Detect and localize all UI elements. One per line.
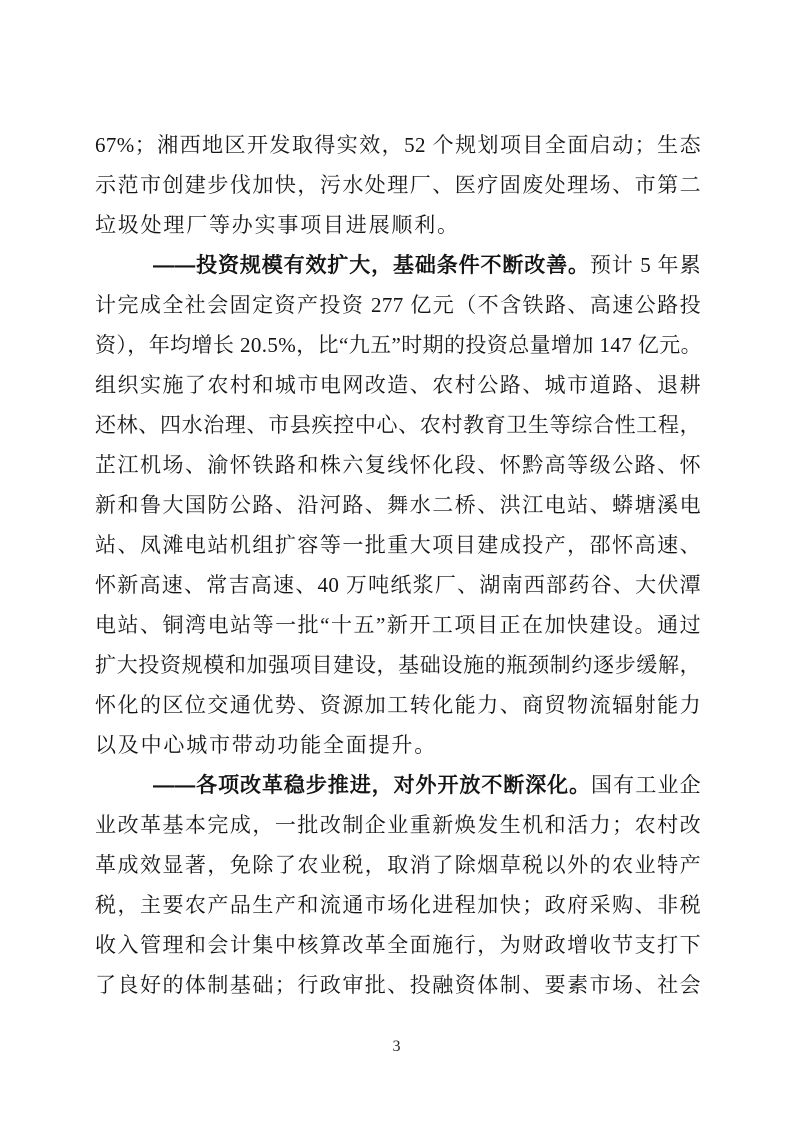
- text-run: 站、凤滩电站机组扩容等一批重大项目建成投产，邵怀高速、: [95, 533, 701, 557]
- text-run: 示范市创建步伐加快，污水处理厂、医疗固废处理场、市第二: [95, 173, 701, 197]
- text-line: 扩大投资规模和加强项目建设，基础设施的瓶颈制约逐步缓解，: [95, 645, 701, 685]
- text-run: 国有工业企: [591, 773, 701, 797]
- text-run: 组织实施了农村和城市电网改造、农村公路、城市道路、退耕: [95, 373, 701, 397]
- paragraph: ——投资规模有效扩大，基础条件不断改善。预计 5 年累计完成全社会固定资产投资 …: [95, 245, 701, 765]
- text-line: 组织实施了农村和城市电网改造、农村公路、城市道路、退耕: [95, 365, 701, 405]
- text-line: 以及中心城市带动功能全面提升。: [95, 725, 701, 765]
- text-line: 怀新高速、常吉高速、40 万吨纸浆厂、湖南西部药谷、大伏潭: [95, 565, 701, 605]
- text-run: 收入管理和会计集中核算改革全面施行，为财政增收节支打下: [95, 933, 701, 957]
- text-run: 预计 5 年累: [590, 253, 701, 277]
- text-run: 资），年均增长 20.5%，比“九五”时期的投资总量增加 147 亿元。: [95, 333, 701, 357]
- text-run: 电站、铜湾电站等一批“十五”新开工项目正在加快建设。通过: [95, 613, 701, 637]
- text-line: 怀化的区位交通优势、资源加工转化能力、商贸物流辐射能力: [95, 685, 701, 725]
- section-lead-bold: ——各项改革稳步推进，对外开放不断深化。: [153, 774, 591, 797]
- text-run: 芷江机场、渝怀铁路和株六复线怀化段、怀黔高等级公路、怀: [95, 453, 701, 477]
- text-run: 还林、四水治理、市县疾控中心、农村教育卫生等综合性工程，: [95, 413, 701, 437]
- text-line: 收入管理和会计集中核算改革全面施行，为财政增收节支打下: [95, 925, 701, 965]
- text-run: 税，主要农产品生产和流通市场化进程加快；政府采购、非税: [95, 893, 701, 917]
- text-line: 业改革基本完成，一批改制企业重新焕发生机和活力；农村改: [95, 805, 701, 845]
- text-line: 67%；湘西地区开发取得实效，52 个规划项目全面启动；生态: [95, 125, 701, 165]
- text-line: 了良好的体制基础；行政审批、投融资体制、要素市场、社会: [95, 965, 701, 1005]
- text-run: 新和鲁大国防公路、沿河路、舞水二桥、洪江电站、蟒塘溪电: [95, 493, 701, 517]
- paragraph: ——各项改革稳步推进，对外开放不断深化。国有工业企业改革基本完成，一批改制企业重…: [95, 765, 701, 1005]
- paragraph: 67%；湘西地区开发取得实效，52 个规划项目全面启动；生态示范市创建步伐加快，…: [95, 125, 701, 245]
- text-line: 垃圾处理厂等办实事项目进展顺利。: [95, 205, 701, 245]
- text-run: 怀化的区位交通优势、资源加工转化能力、商贸物流辐射能力: [95, 693, 701, 717]
- text-line: 革成效显著，免除了农业税，取消了除烟草税以外的农业特产: [95, 845, 701, 885]
- text-line: 新和鲁大国防公路、沿河路、舞水二桥、洪江电站、蟒塘溪电: [95, 485, 701, 525]
- page-footer: 3: [0, 1036, 793, 1058]
- text-run: 革成效显著，免除了农业税，取消了除烟草税以外的农业特产: [95, 853, 701, 877]
- text-line: 计完成全社会固定资产投资 277 亿元（不含铁路、高速公路投: [95, 285, 701, 325]
- section-lead-bold: ——投资规模有效扩大，基础条件不断改善。: [153, 254, 590, 277]
- text-run: 以及中心城市带动功能全面提升。: [95, 733, 437, 757]
- page-number: 3: [393, 1038, 401, 1055]
- text-run: 67%；湘西地区开发取得实效，52 个规划项目全面启动；生态: [95, 133, 701, 157]
- text-run: 扩大投资规模和加强项目建设，基础设施的瓶颈制约逐步缓解，: [95, 653, 701, 677]
- text-line: 资），年均增长 20.5%，比“九五”时期的投资总量增加 147 亿元。: [95, 325, 701, 365]
- text-line: ——投资规模有效扩大，基础条件不断改善。预计 5 年累: [95, 245, 701, 285]
- text-run: 垃圾处理厂等办实事项目进展顺利。: [95, 213, 460, 237]
- text-line: 站、凤滩电站机组扩容等一批重大项目建成投产，邵怀高速、: [95, 525, 701, 565]
- text-line: 税，主要农产品生产和流通市场化进程加快；政府采购、非税: [95, 885, 701, 925]
- text-line: 芷江机场、渝怀铁路和株六复线怀化段、怀黔高等级公路、怀: [95, 445, 701, 485]
- document-body: 67%；湘西地区开发取得实效，52 个规划项目全面启动；生态示范市创建步伐加快，…: [95, 125, 701, 1005]
- text-run: 了良好的体制基础；行政审批、投融资体制、要素市场、社会: [95, 973, 701, 997]
- text-run: 怀新高速、常吉高速、40 万吨纸浆厂、湖南西部药谷、大伏潭: [95, 573, 701, 597]
- text-line: ——各项改革稳步推进，对外开放不断深化。国有工业企: [95, 765, 701, 805]
- text-line: 电站、铜湾电站等一批“十五”新开工项目正在加快建设。通过: [95, 605, 701, 645]
- text-run: 计完成全社会固定资产投资 277 亿元（不含铁路、高速公路投: [95, 293, 701, 317]
- document-page: 67%；湘西地区开发取得实效，52 个规划项目全面启动；生态示范市创建步伐加快，…: [0, 0, 793, 1122]
- text-line: 示范市创建步伐加快，污水处理厂、医疗固废处理场、市第二: [95, 165, 701, 205]
- text-run: 业改革基本完成，一批改制企业重新焕发生机和活力；农村改: [95, 813, 701, 837]
- text-line: 还林、四水治理、市县疾控中心、农村教育卫生等综合性工程，: [95, 405, 701, 445]
